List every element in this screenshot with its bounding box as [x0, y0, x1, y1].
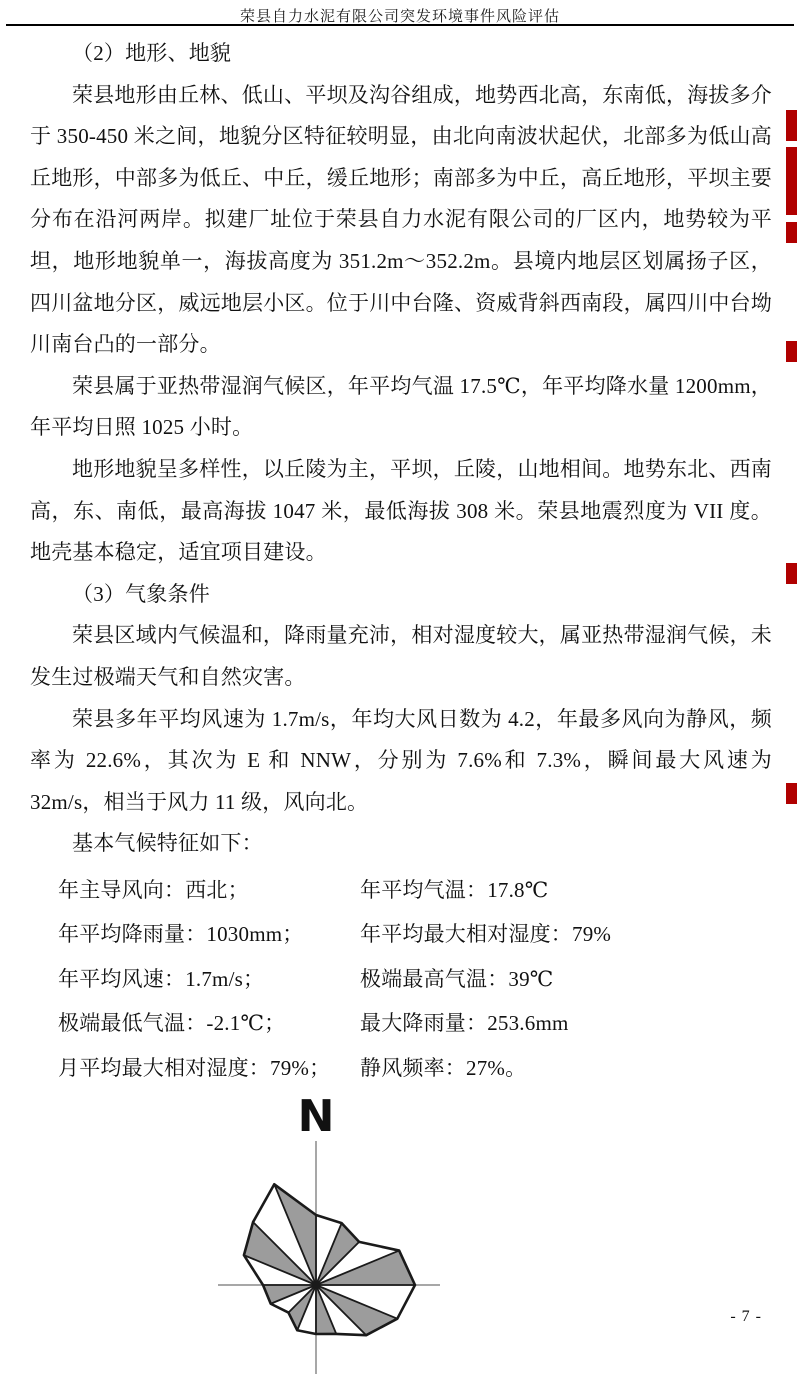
paragraph-diversity: 地形地貌呈多样性，以丘陵为主，平坝，丘陵，山地相间。地势东北、西南高，东、南低，… — [30, 449, 772, 574]
climate-row: 年主导风向：西北； 年平均气温：17.8℃ — [30, 868, 772, 913]
revision-mark-bar — [786, 147, 797, 215]
wind-rose-figure: N — [190, 1085, 460, 1374]
climate-row: 极端最低气温：-2.1℃； 最大降雨量：253.6mm — [30, 1001, 772, 1046]
climate-item-right: 年平均气温：17.8℃ — [360, 868, 548, 913]
paragraph-climate-zone: 荣县属于亚热带湿润气候区，年平均气温 17.5℃，年平均降水量 1200mm，年… — [30, 366, 772, 449]
climate-row: 月平均最大相对湿度：79%； 静风频率：27%。 — [30, 1046, 772, 1091]
document-body: （2）地形、地貌 荣县地形由丘林、低山、平坝及沟谷组成，地势西北高，东南低，海拔… — [30, 33, 772, 1090]
page-number: - 7 - — [0, 1308, 762, 1326]
wind-rose-center — [312, 1281, 321, 1290]
header-title: 荣县自力水泥有限公司突发环境事件风险评估 — [0, 5, 800, 26]
climate-row: 年平均风速：1.7m/s； 极端最高气温：39℃ — [30, 957, 772, 1002]
climate-item-right: 极端最高气温：39℃ — [360, 957, 554, 1002]
climate-feature-list: 年主导风向：西北； 年平均气温：17.8℃ 年平均降雨量：1030mm； 年平均… — [30, 868, 772, 1091]
document-page: 荣县自力水泥有限公司突发环境事件风险评估 （2）地形、地貌 荣县地形由丘林、低山… — [0, 0, 800, 1374]
revision-mark-bar — [786, 563, 797, 584]
wind-rose-chart: N — [190, 1085, 460, 1374]
climate-row: 年平均降雨量：1030mm； 年平均最大相对湿度：79% — [30, 912, 772, 957]
paragraph-terrain: 荣县地形由丘林、低山、平坝及沟谷组成，地势西北高，东南低，海拔多介于 350-4… — [30, 75, 772, 366]
revision-mark-bar — [786, 110, 797, 141]
paragraph-weather: 荣县区域内气候温和，降雨量充沛，相对湿度较大，属亚热带湿润气候，未发生过极端天气… — [30, 615, 772, 698]
paragraph-wind: 荣县多年平均风速为 1.7m/s，年均大风日数为 4.2，年最多风向为静风，频率… — [30, 699, 772, 824]
revision-mark-bar — [786, 341, 797, 362]
climate-item-left: 年主导风向：西北； — [58, 868, 249, 913]
section-heading-weather: （3）气象条件 — [30, 574, 772, 616]
climate-item-right: 静风频率：27%。 — [360, 1046, 526, 1091]
climate-item-left: 极端最低气温：-2.1℃； — [58, 1001, 285, 1046]
climate-item-right: 年平均最大相对湿度：79% — [360, 912, 611, 957]
header-rule — [6, 24, 794, 26]
revision-mark-bar — [786, 783, 797, 804]
paragraph-basic-intro: 基本气候特征如下： — [30, 823, 772, 865]
climate-item-left: 月平均最大相对湿度：79%； — [58, 1046, 330, 1091]
section-heading-terrain: （2）地形、地貌 — [30, 33, 772, 75]
climate-item-left: 年平均降雨量：1030mm； — [58, 912, 303, 957]
climate-item-left: 年平均风速：1.7m/s； — [58, 957, 264, 1002]
north-label: N — [298, 1091, 335, 1142]
revision-mark-bar — [786, 222, 797, 243]
climate-item-right: 最大降雨量：253.6mm — [360, 1001, 569, 1046]
